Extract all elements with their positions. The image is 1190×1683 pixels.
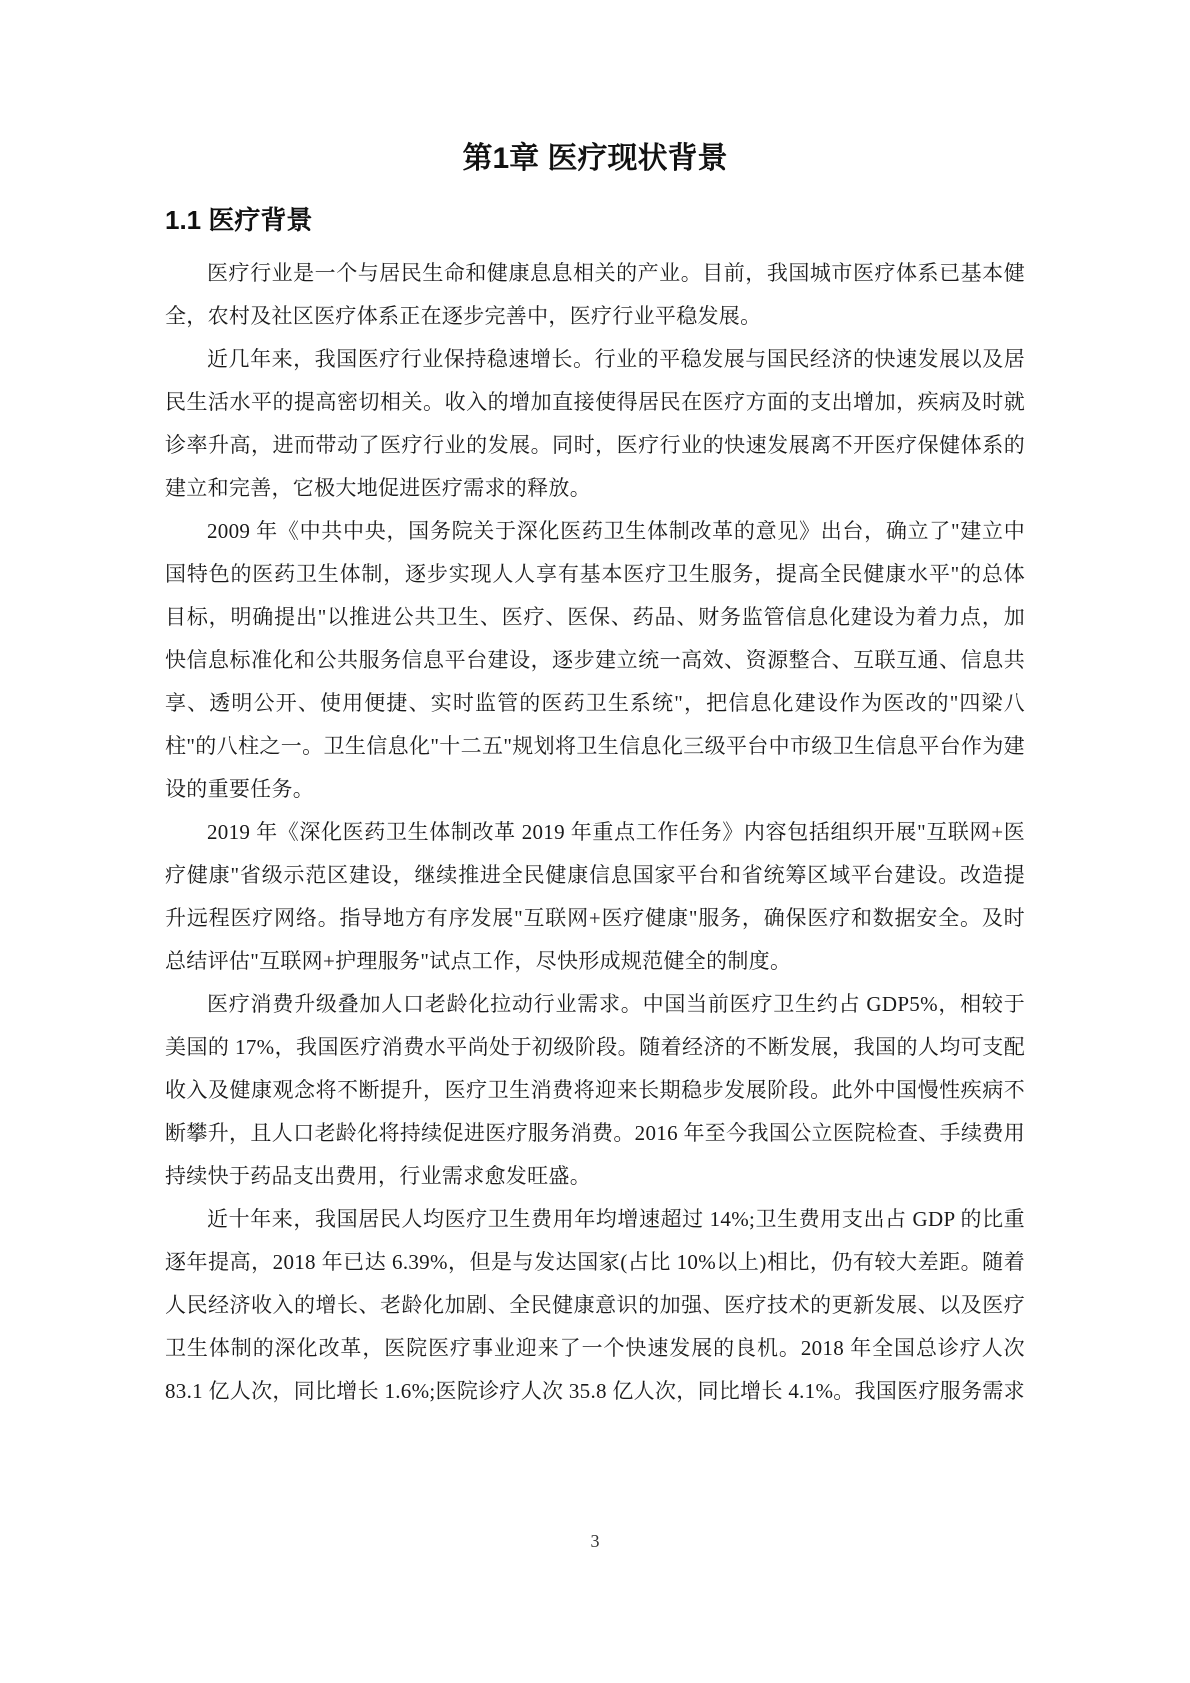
chapter-title: 第1章 医疗现状背景 (165, 140, 1025, 178)
paragraph: 2009 年《中共中央，国务院关于深化医药卫生体制改革的意见》出台，确立了"建立… (165, 510, 1025, 811)
paragraph: 近十年来，我国居民人均医疗卫生费用年均增速超过 14%;卫生费用支出占 GDP … (165, 1198, 1025, 1413)
paragraph: 近几年来，我国医疗行业保持稳速增长。行业的平稳发展与国民经济的快速发展以及居民生… (165, 338, 1025, 510)
section-heading: 1.1 医疗背景 (165, 204, 1025, 236)
paragraph: 医疗行业是一个与居民生命和健康息息相关的产业。目前，我国城市医疗体系已基本健全，… (165, 252, 1025, 338)
document-page: 第1章 医疗现状背景 1.1 医疗背景 医疗行业是一个与居民生命和健康息息相关的… (0, 0, 1190, 1683)
page-number: 3 (0, 1530, 1190, 1552)
paragraph: 医疗消费升级叠加人口老龄化拉动行业需求。中国当前医疗卫生约占 GDP5%，相较于… (165, 983, 1025, 1198)
paragraph: 2019 年《深化医药卫生体制改革 2019 年重点工作任务》内容包括组织开展"… (165, 811, 1025, 983)
body-text: 医疗行业是一个与居民生命和健康息息相关的产业。目前，我国城市医疗体系已基本健全，… (165, 252, 1025, 1413)
